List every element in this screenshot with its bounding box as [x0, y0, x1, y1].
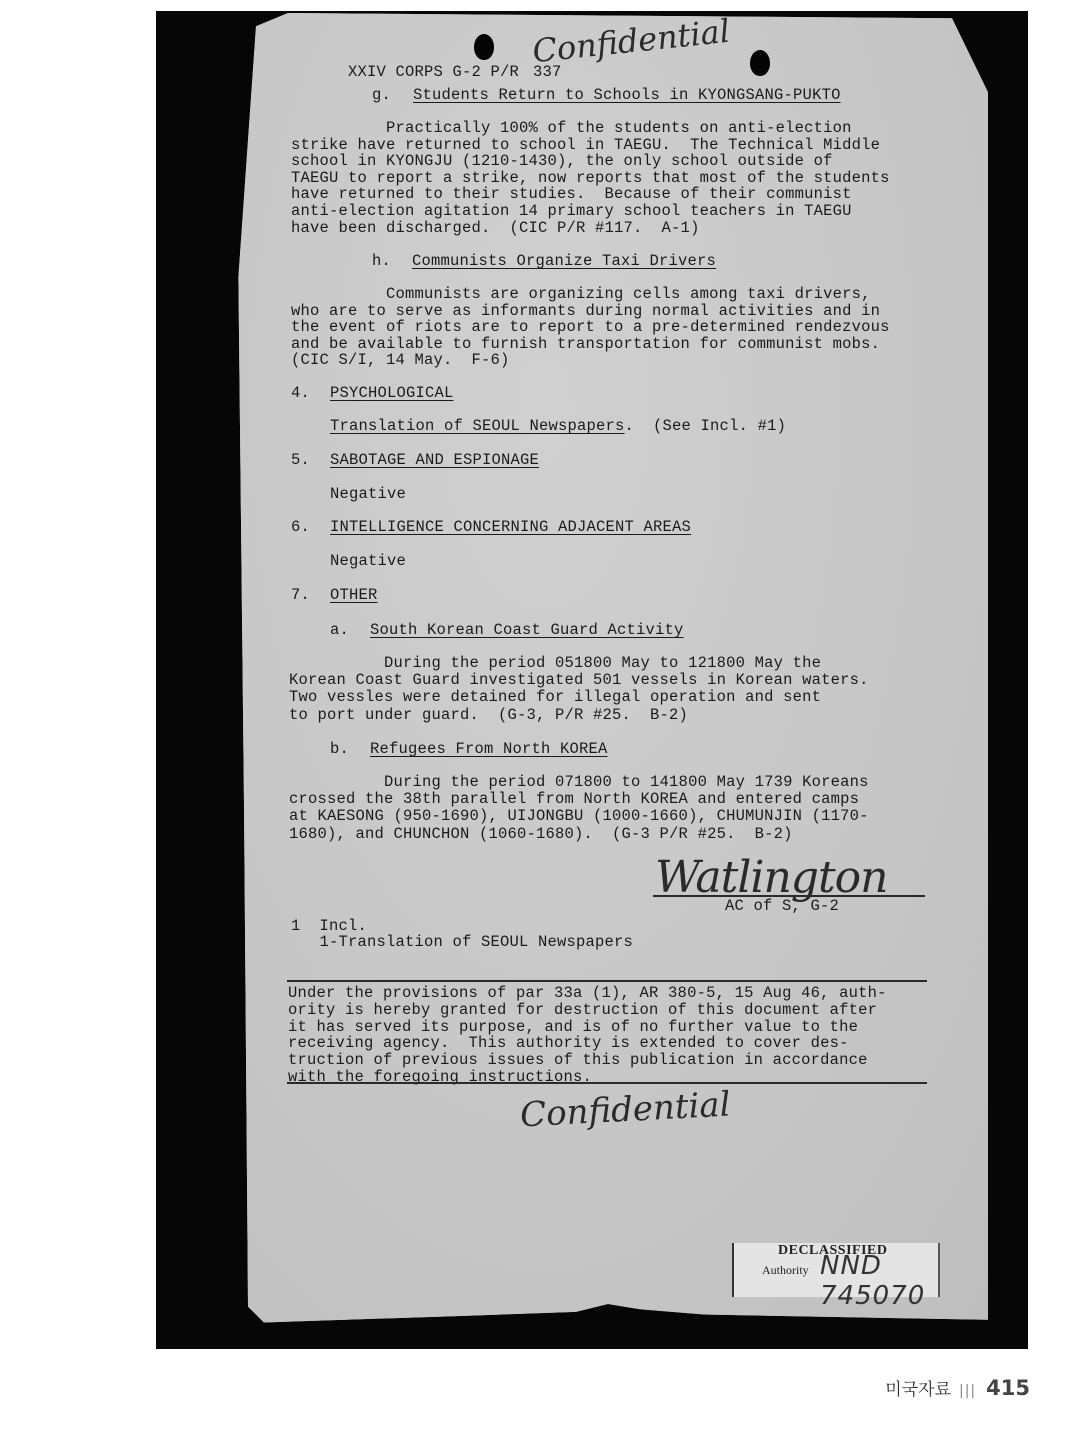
- section-4-number: 4.: [291, 385, 310, 402]
- page-number: 415: [986, 1376, 1030, 1400]
- folio-divider: |||: [959, 1383, 976, 1399]
- notice-top-rule: [287, 980, 927, 982]
- text-line: ority is hereby granted for destruction …: [288, 1002, 877, 1019]
- text-line: and be available to furnish transportati…: [291, 336, 880, 353]
- section-7-title: OTHER: [330, 587, 378, 604]
- section-7b-title: Refugees From North KOREA: [370, 741, 608, 758]
- folio-section: 미국자료: [885, 1380, 951, 1400]
- section-h-label: h.: [372, 253, 391, 270]
- text-line: to port under guard. (G-3, P/R #25. B-2): [289, 707, 688, 724]
- text-line: Under the provisions of par 33a (1), AR …: [288, 985, 887, 1002]
- text-line: school in KYONGJU (1210-1430), the only …: [291, 153, 833, 170]
- text-line: receiving agency. This authority is exte…: [288, 1035, 849, 1052]
- stamp-authority-value: NND 745070: [820, 1251, 938, 1311]
- section-4-subtitle: Translation of SEOUL Newspapers: [330, 417, 625, 435]
- text-line: it has served its purpose, and is of no …: [288, 1019, 858, 1036]
- section-4-item: Translation of SEOUL Newspapers. (See In…: [330, 418, 786, 435]
- text-line: 1680), and CHUNCHON (1060-1680). (G-3 P/…: [289, 826, 793, 843]
- text-line: at KAESONG (950-1690), UIJONGBU (1000-16…: [289, 808, 869, 825]
- text-line: strike have returned to school in TAEGU.…: [291, 137, 880, 154]
- section-7a-title: South Korean Coast Guard Activity: [370, 622, 684, 639]
- section-6-body: Negative: [330, 553, 406, 570]
- section-5-body: Negative: [330, 486, 406, 503]
- text-line: anti-election agitation 14 primary schoo…: [291, 203, 852, 220]
- text-line: Practically 100% of the students on anti…: [291, 120, 852, 137]
- punch-hole: [750, 50, 770, 76]
- notice-bottom-rule: [287, 1082, 927, 1084]
- section-4-note: . (See Incl. #1): [625, 417, 787, 435]
- text-line: crossed the 38th parallel from North KOR…: [289, 791, 859, 808]
- text-line: have returned to their studies. Because …: [291, 186, 852, 203]
- text-line: Korean Coast Guard investigated 501 vess…: [289, 672, 869, 689]
- section-h-title: Communists Organize Taxi Drivers: [412, 253, 716, 270]
- handwritten-confidential-footer: Confidential: [519, 1085, 731, 1136]
- section-6-number: 6.: [291, 519, 310, 536]
- declassified-stamp: DECLASSIFIED Authority NND 745070: [732, 1243, 940, 1297]
- punch-hole: [474, 34, 494, 60]
- stamp-authority-label: Authority: [762, 1263, 809, 1278]
- text-line: Two vessles were detained for illegal op…: [289, 689, 821, 706]
- section-6-title: INTELLIGENCE CONCERNING ADJACENT AREAS: [330, 519, 691, 536]
- text-line: (CIC S/I, 14 May. F-6): [291, 352, 510, 369]
- inclosure-item: 1-Translation of SEOUL Newspapers: [291, 934, 633, 951]
- handwritten-confidential-mark: Confidential: [531, 12, 732, 71]
- section-5-title: SABOTAGE AND ESPIONAGE: [330, 452, 539, 469]
- text-line: During the period 051800 May to 121800 M…: [289, 655, 821, 672]
- page-folio: 미국자료|||415: [885, 1375, 1030, 1400]
- section-7-number: 7.: [291, 587, 310, 604]
- section-4-title: PSYCHOLOGICAL: [330, 385, 454, 402]
- text-line: truction of previous issues of this publ…: [288, 1052, 868, 1069]
- text-line: the event of riots are to report to a pr…: [291, 319, 890, 336]
- text-line: have been discharged. (CIC P/R #117. A-1…: [291, 220, 700, 237]
- text-line: During the period 071800 to 141800 May 1…: [289, 774, 869, 791]
- text-line: Communists are organizing cells among ta…: [291, 286, 871, 303]
- section-g-label: g.: [372, 87, 391, 104]
- signature-title: AC of S, G-2: [725, 898, 839, 915]
- section-g-title: Students Return to Schools in KYONGSANG-…: [413, 87, 841, 104]
- document-page: XXIV CORPS G-2 P/R337 Confidential g. St…: [224, 13, 1024, 1333]
- text-line: who are to serve as informants during no…: [291, 303, 880, 320]
- section-7b-label: b.: [330, 741, 349, 758]
- text-line: TAEGU to report a strike, now reports th…: [291, 170, 890, 187]
- section-5-number: 5.: [291, 452, 310, 469]
- section-7a-label: a.: [330, 622, 349, 639]
